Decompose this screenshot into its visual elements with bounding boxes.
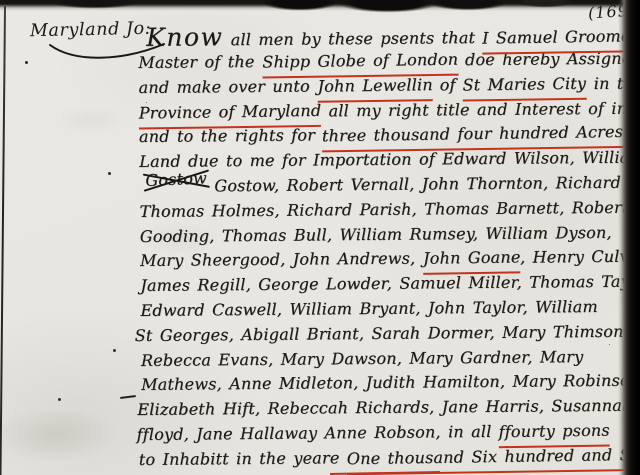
- text-segment: in the: [586, 73, 640, 92]
- manuscript-text: Know all men by these psents that I Samu…: [138, 20, 640, 473]
- manuscript-line: to Inhabitt in the yeare One thousand Si…: [139, 443, 640, 472]
- manuscript-line: St Georges, Abigall Briant, Sarah Dormer…: [135, 319, 640, 348]
- text-segment: Mathews, Anne Midleton, Judith Hamilton,…: [141, 371, 640, 394]
- text-segment: ffloyd, Jane Hallaway Anne Robson, in al…: [136, 422, 498, 444]
- manuscript-line: Know all men by these psents that I Samu…: [146, 20, 638, 51]
- text-segment: St Georges, Abigall Briant, Sarah Dormer…: [135, 322, 624, 345]
- red-underlined-text: St Maries City: [463, 72, 587, 102]
- text-segment: Edward Caswell, William Bryant, John Tay…: [140, 297, 597, 320]
- text-segment: of: [432, 75, 463, 94]
- manuscript-line: Thomas Holmes, Richard Parish, Thomas Ba…: [140, 195, 640, 224]
- margin-dash-mark: [120, 395, 136, 399]
- text-segment: Gostow, Robert Vernall, John Thornton, R…: [207, 172, 640, 195]
- margin-note: Maryland Jo:: [30, 19, 152, 42]
- ink-specks: [25, 61, 28, 64]
- page-edge-line: [0, 6, 6, 475]
- text-segment: all men by these psents that: [223, 28, 482, 49]
- text-segment: Elizabeth Hift, Rebeccah Richards, Jane …: [137, 396, 632, 419]
- text-segment: Rebecca Evans, Mary Dawson, Mary Gardner…: [141, 347, 584, 370]
- folio-number: (169:: [587, 0, 635, 22]
- text-segment: James Regill, George Lowder, Samuel Mill…: [140, 272, 640, 296]
- struck-out-word: Gostow: [145, 166, 208, 193]
- manuscript-line: and make over unto John Lewellin of St M…: [138, 71, 638, 100]
- film-edge-top: [0, 0, 640, 18]
- text-segment: Mary Sheergood, John Andrews,: [140, 249, 423, 270]
- red-underlined-text: One thousand Six hundred and Seaventy: [347, 442, 640, 475]
- text-segment: Thomas Holmes, Richard Parish, Thomas Ba…: [140, 198, 629, 221]
- text-segment: and make over unto: [138, 76, 317, 97]
- margin-note-flourish: [46, 40, 168, 66]
- red-underlined-text: Province of Maryland: [139, 98, 322, 129]
- red-underlined-text: three thousand four hundred Acres of: [322, 120, 640, 153]
- text-segment: , Henry Culver,: [520, 247, 640, 267]
- text-segment: Gooding, Thomas Bull, William Rumsey, Wi…: [140, 222, 612, 245]
- text-segment: to Inhabitt in the yeare: [139, 448, 347, 469]
- manuscript-scan: (169: Maryland Jo: Know all men by these…: [0, 0, 640, 475]
- red-underlined-text: John Lewellin: [317, 73, 433, 103]
- red-underlined-text: John Goane: [422, 246, 520, 275]
- red-underlined-text: I Samuel Groome Jun:: [482, 22, 640, 55]
- text-segment: Land due to me for Importation of Edward…: [139, 148, 640, 171]
